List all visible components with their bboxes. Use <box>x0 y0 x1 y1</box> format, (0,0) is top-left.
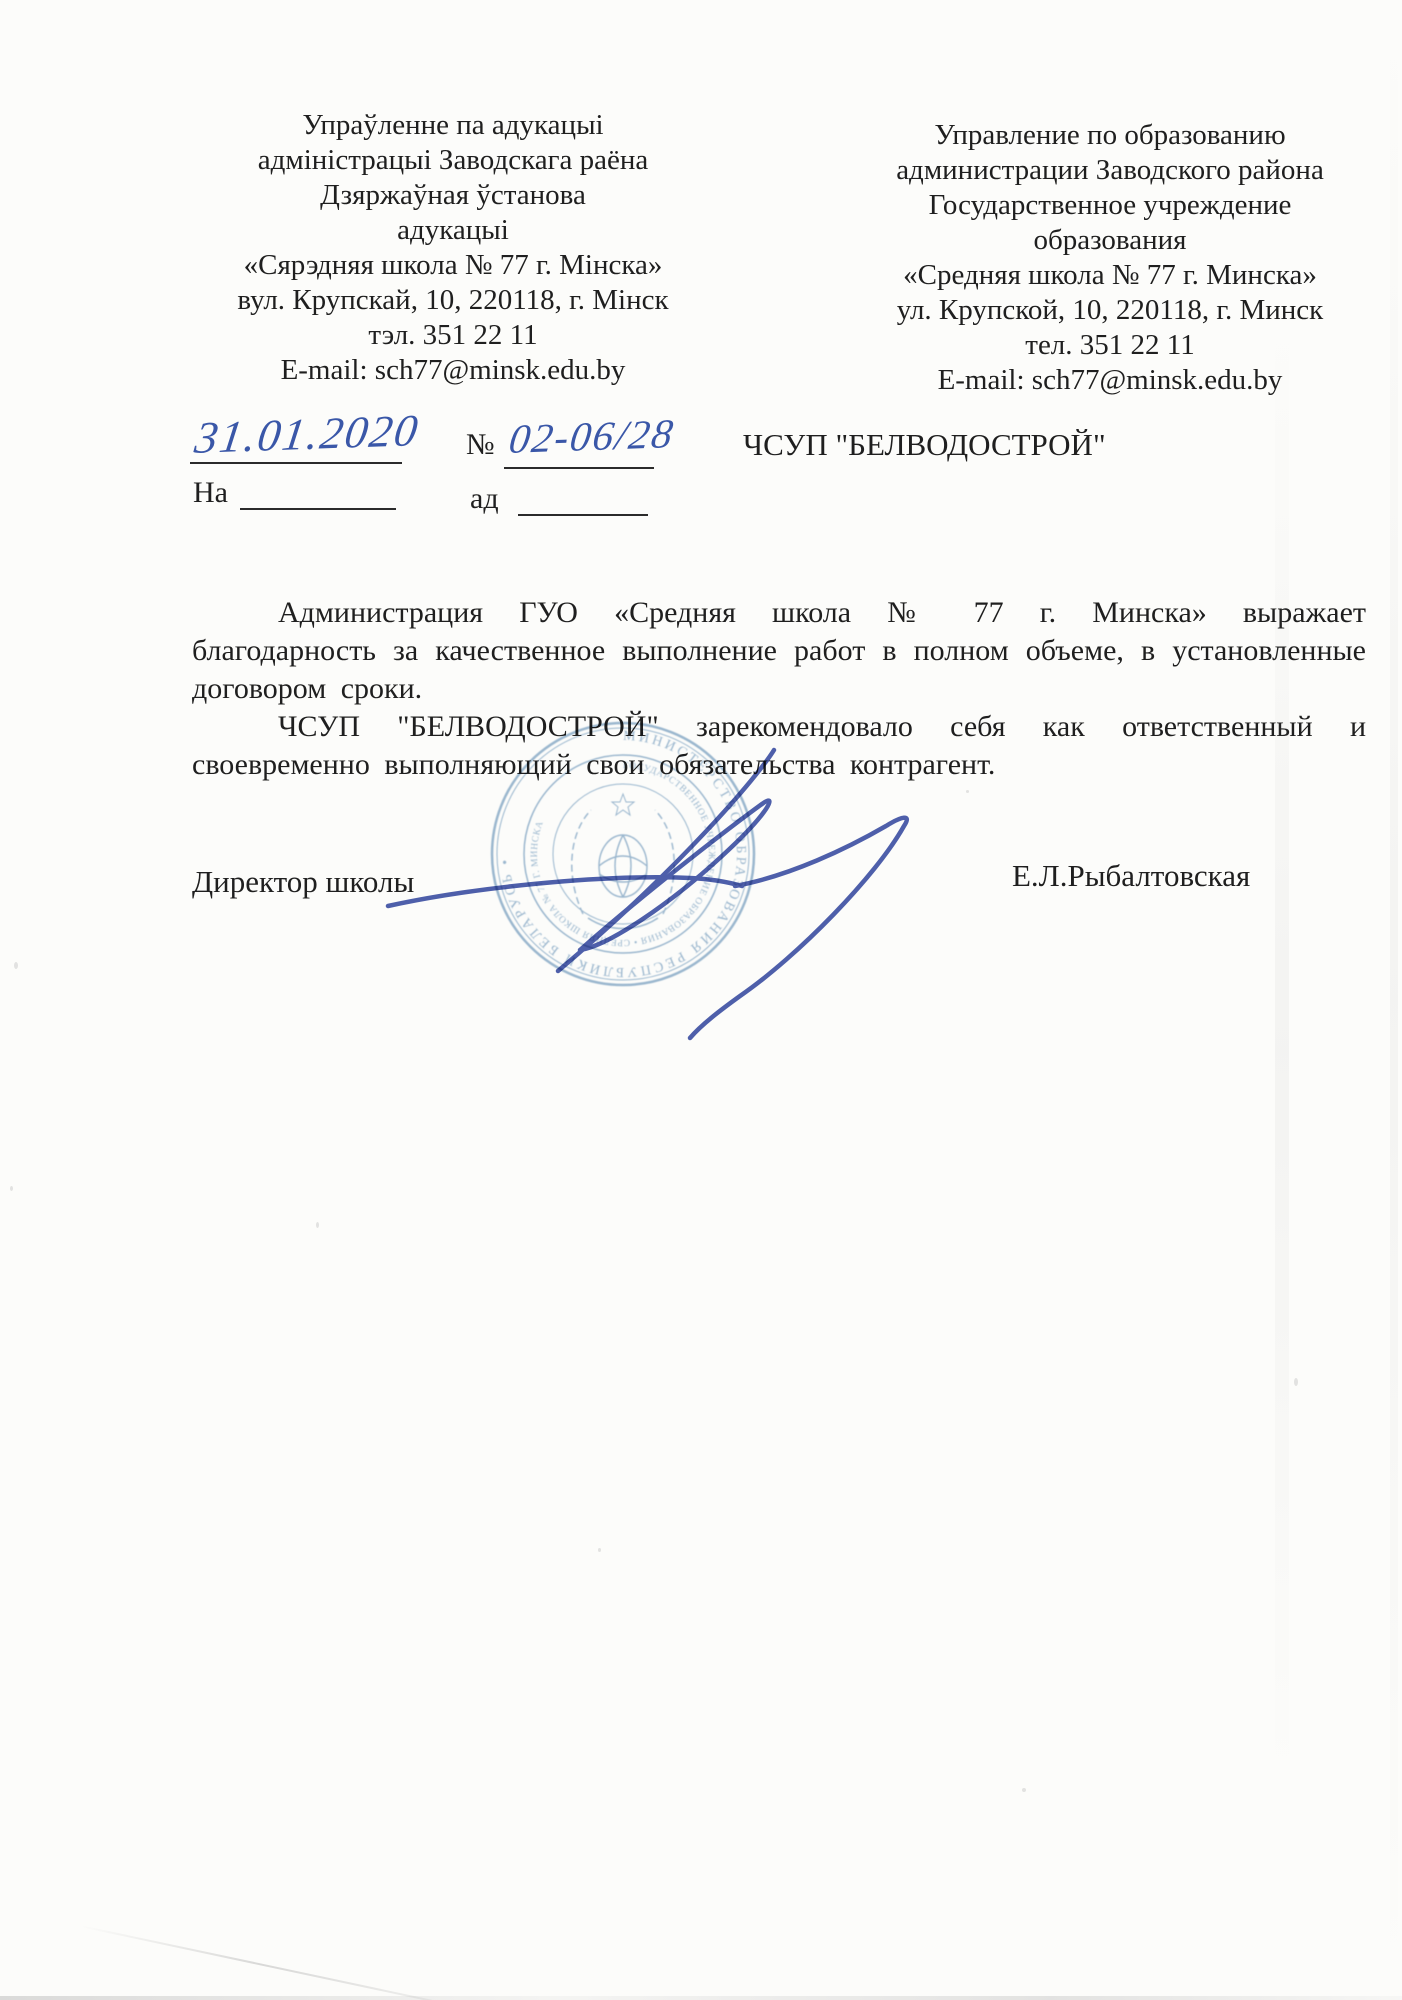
scan-speck <box>966 790 969 793</box>
scan-speck <box>1294 1378 1298 1386</box>
ad-label: ад <box>470 482 499 516</box>
paper-crease <box>80 1925 442 2000</box>
signer-name: Е.Л.Рыбалтовская <box>1012 858 1250 894</box>
letterhead-email: E-mail: sch77@minsk.edu.by <box>183 353 723 388</box>
scan-speck <box>10 1186 13 1191</box>
letterhead-institution-line: Государственное учреждение <box>840 188 1380 223</box>
letterhead-org-line: адміністрацыі Заводскага раёна <box>183 143 723 178</box>
handwritten-outgoing-number: 02-06/28 <box>506 409 678 463</box>
scan-bottom-edge <box>0 1996 1402 2000</box>
handwritten-date: 31.01.2020 <box>192 404 423 464</box>
ad-blank-line <box>518 514 648 516</box>
letterhead-address: ул. Крупской, 10, 220118, г. Минск <box>840 293 1380 328</box>
letterhead-russian: Управление по образованию администрации … <box>840 118 1380 398</box>
na-blank-line <box>240 508 396 510</box>
number-underline <box>504 467 654 469</box>
letterhead-phone: тэл. 351 22 11 <box>183 318 723 353</box>
date-underline <box>190 462 402 464</box>
letterhead-org-line: Упраўленне па адукацыі <box>183 108 723 143</box>
scan-speck <box>1022 1788 1026 1792</box>
number-sign-label: № <box>466 428 495 462</box>
letterhead-institution-line: Дзяржаўная ўстанова <box>183 178 723 213</box>
scan-speck <box>14 962 18 969</box>
body-paragraph-gratitude: Администрация ГУО «Средняя школа № 77 г.… <box>192 594 1366 708</box>
recipient-name: ЧСУП "БЕЛВОДОСТРОЙ" <box>743 427 1106 463</box>
letterhead-school-name: «Средняя школа № 77 г. Минска» <box>840 258 1380 293</box>
scan-streak <box>1275 300 1289 1800</box>
letterhead-org-line: администрации Заводского района <box>840 153 1380 188</box>
letterhead-school-name: «Сярэдняя школа № 77 г. Мінска» <box>183 248 723 283</box>
letterhead-institution-line: адукацыі <box>183 213 723 248</box>
scan-speck <box>598 1548 601 1552</box>
letterhead-email: E-mail: sch77@minsk.edu.by <box>840 363 1380 398</box>
scanned-letter-page: Упраўленне па адукацыі адміністрацыі Зав… <box>0 0 1402 2000</box>
scan-speck <box>316 1222 319 1228</box>
letterhead-org-line: Управление по образованию <box>840 118 1380 153</box>
letterhead-phone: тел. 351 22 11 <box>840 328 1380 363</box>
letterhead-institution-line: образования <box>840 223 1380 258</box>
letterhead-belarusian: Упраўленне па адукацыі адміністрацыі Зав… <box>183 108 723 388</box>
scan-streak <box>1390 0 1398 2000</box>
letterhead-address: вул. Крупскай, 10, 220118, г. Мінск <box>183 283 723 318</box>
director-signature-ink <box>350 728 950 1062</box>
na-label: На <box>193 476 228 510</box>
